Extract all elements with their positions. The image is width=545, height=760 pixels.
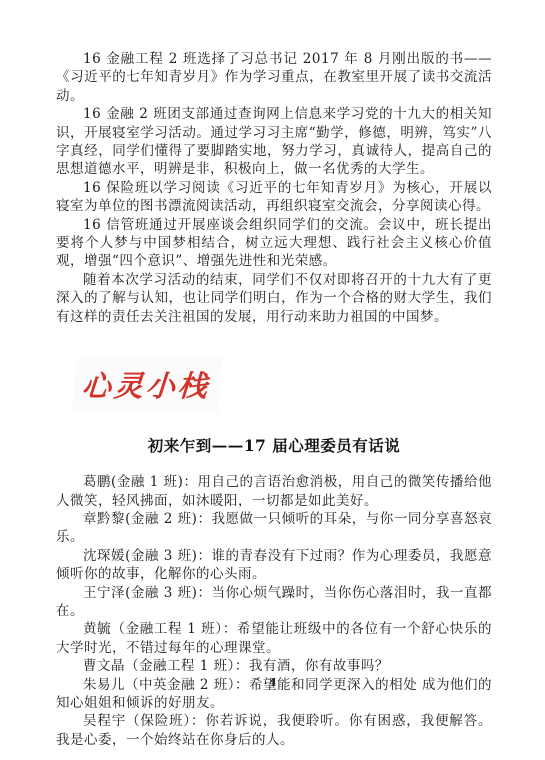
column-badge-container: 心灵小栈 bbox=[74, 360, 492, 410]
paragraph: 曹文晶（金融工程 1 班）：我有酒，你有故事吗？ bbox=[56, 657, 492, 675]
paragraph: 王宁泽(金融 3 班)：当你心烦气躁时，当你伤心落泪时，我一直都在。 bbox=[56, 584, 492, 621]
paragraph: 16 保险班以学习阅读《习近平的七年知青岁月》为核心，开展以寝室为单位的图书漂流… bbox=[56, 179, 492, 216]
column-badge-heart-inn: 心灵小栈 bbox=[72, 358, 222, 413]
study-activity-section: 16 金融工程 2 班选择了习总书记 2017 年 8 月刚出版的书——《习近平… bbox=[56, 50, 492, 326]
paragraph: 16 金融 2 班团支部通过查询网上信息来学习党的十九大的相关知识，开展寝室学习… bbox=[56, 105, 492, 179]
paragraph: 随着本次学习活动的结束，同学们不仅对即将召开的十九大有了更深入的了解与认知，也让… bbox=[56, 271, 492, 326]
paragraph: 沈琛媛(金融 3 班)：谁的青春没有下过雨？作为心理委员，我愿意倾听你的故事，化… bbox=[56, 547, 492, 584]
committee-quotes-section: 葛鹏(金融 1 班)：用自己的言语治愈消极，用自己的微笑传播给他人微笑，轻风拂面… bbox=[56, 473, 492, 749]
document-page: 16 金融工程 2 班选择了习总书记 2017 年 8 月刚出版的书——《习近平… bbox=[0, 0, 545, 760]
paragraph: 16 金融工程 2 班选择了习总书记 2017 年 8 月刚出版的书——《习近平… bbox=[56, 50, 492, 105]
paragraph: 葛鹏(金融 1 班)：用自己的言语治愈消极，用自己的微笑传播给他人微笑，轻风拂面… bbox=[56, 473, 492, 510]
paragraph: 黄毓（金融工程 1 班）：希望能让班级中的各位有一个舒心快乐的大学时光，不错过每… bbox=[56, 620, 492, 657]
paragraph: 吴程宇（保险班）：你若诉说，我便聆听。你有困惑，我便解答。我是心委，一个始终站在… bbox=[56, 712, 492, 749]
paragraph: 章黔黎(金融 2 班)：我愿做一只倾听的耳朵，与你一同分享喜怒哀乐。 bbox=[56, 510, 492, 547]
section-title: 初来乍到——17 届心理委员有话说 bbox=[56, 434, 492, 456]
page-content: 16 金融工程 2 班选择了习总书记 2017 年 8 月刚出版的书——《习近平… bbox=[56, 50, 492, 749]
page-number: 4 bbox=[0, 678, 545, 689]
paragraph: 16 信管班通过开展座谈会组织同学们的交流。会议中，班长提出要将个人梦与中国梦相… bbox=[56, 216, 492, 271]
